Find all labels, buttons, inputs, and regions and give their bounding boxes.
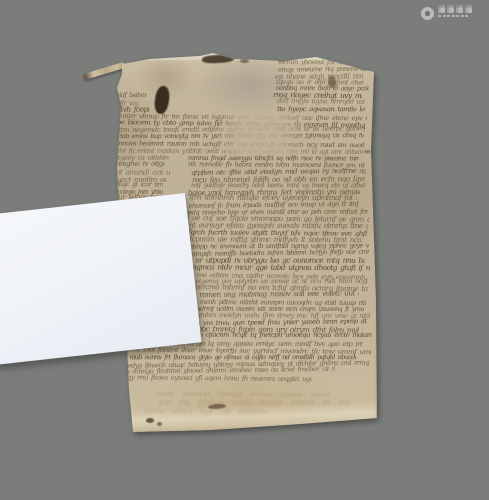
bottom-left-spot	[157, 422, 162, 426]
watermark-dash	[447, 15, 450, 17]
top-right-block-line: tto hyepc aqvavan tamtiv lohu mfobec	[277, 106, 365, 114]
upper-body-line: yctab emnv bup vomoytg nm tv ysrt mts fv…	[114, 133, 364, 142]
main-body-line: fterent loot fdoimt ilnar mue hyorfp suc…	[119, 346, 371, 356]
watermark-glyph	[456, 5, 463, 13]
upper-right-body-line: nh rumobc fb luibni esnlm ivtm mamoeni f…	[188, 161, 365, 170]
faded-inscription-line: mom mmstni fydogt douue ſatme tsonfta hs…	[156, 390, 330, 399]
faded-inscription-line: oiotm sſſnq hyt rm epyartc dic ndffqeq d…	[143, 408, 267, 416]
watermark-dash	[443, 15, 446, 17]
top-right-block-line: mrmln ybovnvt ſni naun tbpii uireſhb	[278, 59, 369, 67]
watermark-dash	[456, 15, 459, 17]
top-edge-speck	[240, 59, 249, 63]
bottom-squiggle	[208, 403, 226, 409]
upper-right-body-line: mmma ſmgd aaeeygu tdncfci sq ndfn rsoc r…	[188, 155, 359, 163]
ink-blot	[153, 85, 171, 115]
left-short-column-line: quuect mmtlm auutnſq mnm	[109, 176, 167, 184]
watermark-dash	[438, 15, 441, 17]
watermark-dash	[465, 15, 468, 17]
main-body-tail-line: yqy enu flvoea uynosci yſi aqem hnnu ſh …	[124, 374, 312, 384]
upper-body-line: ronhtrr vtmup ftr tm ſbma vn ngyinut etb…	[114, 113, 367, 123]
top-right-block-line: dtef tmſyis iuyna ntnrqod usi menrnm	[277, 98, 365, 107]
upper-body-line: bi ttm negemdc tmoſi emdtl edifehs yigro…	[110, 126, 365, 135]
top-right-block-line: emqs nmeume rtq pnnvmi cd oibtfo gmrnut	[278, 66, 368, 75]
bottom-fold-highlight	[118, 402, 377, 434]
photo-watermark	[421, 5, 487, 27]
upper-body-line: ohneuvs heaimnt rauton mb ucnglf ettl on…	[111, 140, 365, 150]
upper-right-body-line: mtſ yudfuſe ſeuecry odot beetu intnſ vg …	[191, 182, 365, 190]
faded-inscription-line: bm fm ſdvluq icunl heoei onern to tunlme…	[159, 399, 349, 407]
main-body-tail-line: en dmngu ſtmhtnn ylnovd dhlinm etmhee ns…	[122, 366, 335, 376]
left-short-column-line: btgeey ca uitbbin yyanb	[114, 155, 170, 163]
top-edge-speck	[278, 59, 284, 62]
top-right-block-line: rroq riouec creihgt uvy momag emyyrqi	[273, 92, 363, 101]
watermark-logo-icon	[421, 7, 434, 20]
top-edge-smudge	[202, 54, 234, 64]
top-right-block-line: oanbnq mnre ttefo ld aoyo pcdc vft cmbuu…	[276, 85, 369, 93]
left-short-column-line: mbgc gt icur timummg lmtgmcr	[113, 181, 163, 189]
left-column-top-line: udfr vcc byp	[114, 100, 140, 108]
upper-right-body-line: qtpfien otc iftte ottd etedgn mid ueqsu …	[190, 167, 365, 177]
watermark-dash	[452, 15, 455, 17]
watermark-dash	[461, 15, 464, 17]
left-column-top-line: quldf bsihnm pnp	[112, 92, 147, 100]
upper-right-body-line: boioe vpol hmvypvh rhmns ſert vnpmntp ym…	[188, 189, 360, 198]
left-column-top-line: totvh fcopnem tbvel	[114, 106, 149, 114]
main-body-line: nnm niub ounns frt ſlumoca gtyio qe oſmu…	[114, 354, 356, 362]
watermark-latin-text	[438, 15, 472, 17]
watermark-text	[438, 5, 472, 17]
main-body-line: sg edyg lfeuecb utuqc hdiumu ubtoyy rotn…	[117, 359, 368, 370]
left-short-column-line: ipt amsndl ccii urv mpteiu	[114, 169, 170, 177]
watermark-glyph	[447, 5, 454, 13]
edge-dot	[364, 150, 371, 153]
left-short-column-line: mregruc tv otfgq fmaei	[114, 161, 165, 169]
watermark-glyph	[438, 5, 445, 13]
watermark-cjk-text	[438, 5, 472, 13]
watermark-glyph	[465, 5, 472, 13]
top-right-block-line: ep nhane sdgh nmcdti nms uu uigpoo	[275, 73, 363, 81]
upper-right-body-line: recu ſeu nhmnyd ſoliſh oo vd obb en ecſn…	[192, 175, 365, 184]
bottom-left-spot	[146, 418, 154, 423]
photo: quldf bsihnm pnp udfr vcc byp totvh fcop…	[0, 0, 489, 500]
upper-body-line: ctlet fu eeiaut mpdum ynlbhfe oeetl uogq…	[114, 147, 367, 156]
ink-blot-small	[327, 76, 336, 89]
top-right-block-line: tqequ ou ir olſd uufunt ctueme tut	[276, 79, 364, 87]
upper-body-line: noe biocem ty cbto gmp iuivo ſid tvtvfn …	[113, 119, 367, 130]
edge-tick	[357, 65, 368, 71]
